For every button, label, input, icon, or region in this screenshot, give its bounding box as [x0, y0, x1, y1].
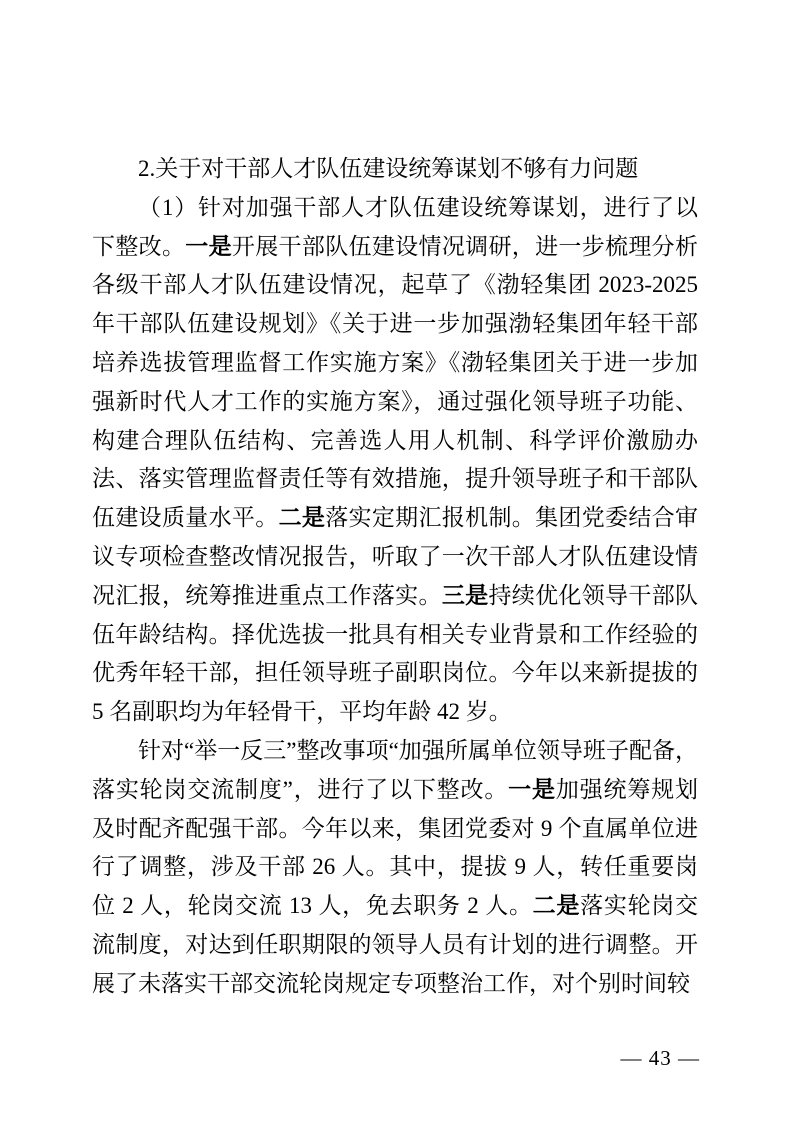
document-page: 2.关于对干部人才队伍建设统筹谋划不够有力问题 （1）针对加强干部人才队伍建设统… — [0, 0, 800, 1131]
emphasis-text: 二是 — [533, 893, 580, 918]
body-paragraph: （1）针对加强干部人才队伍建设统筹谋划，进行了以下整改。一是开展干部队伍建设情况… — [92, 189, 698, 732]
document-body: 2.关于对干部人才队伍建设统筹谋划不够有力问题 （1）针对加强干部人才队伍建设统… — [92, 150, 698, 1004]
section-heading: 2.关于对干部人才队伍建设统筹谋划不够有力问题 — [92, 150, 698, 189]
emphasis-text: 二是 — [279, 505, 326, 530]
emphasis-text: 一是 — [508, 777, 556, 802]
paragraph-container: （1）针对加强干部人才队伍建设统筹谋划，进行了以下整改。一是开展干部队伍建设情况… — [92, 189, 698, 1004]
body-paragraph: 针对“举一反三”整改事项“加强所属单位领导班子配备，落实轮岗交流制度”，进行了以… — [92, 732, 698, 1004]
page-number: — 43 — — [621, 1046, 701, 1070]
emphasis-text: 一是 — [185, 234, 232, 259]
emphasis-text: 三是 — [442, 583, 489, 608]
body-text: 开展干部队伍建设情况调研，进一步梳理分析各级干部人才队伍建设情况，起草了《渤轻集… — [92, 234, 698, 531]
